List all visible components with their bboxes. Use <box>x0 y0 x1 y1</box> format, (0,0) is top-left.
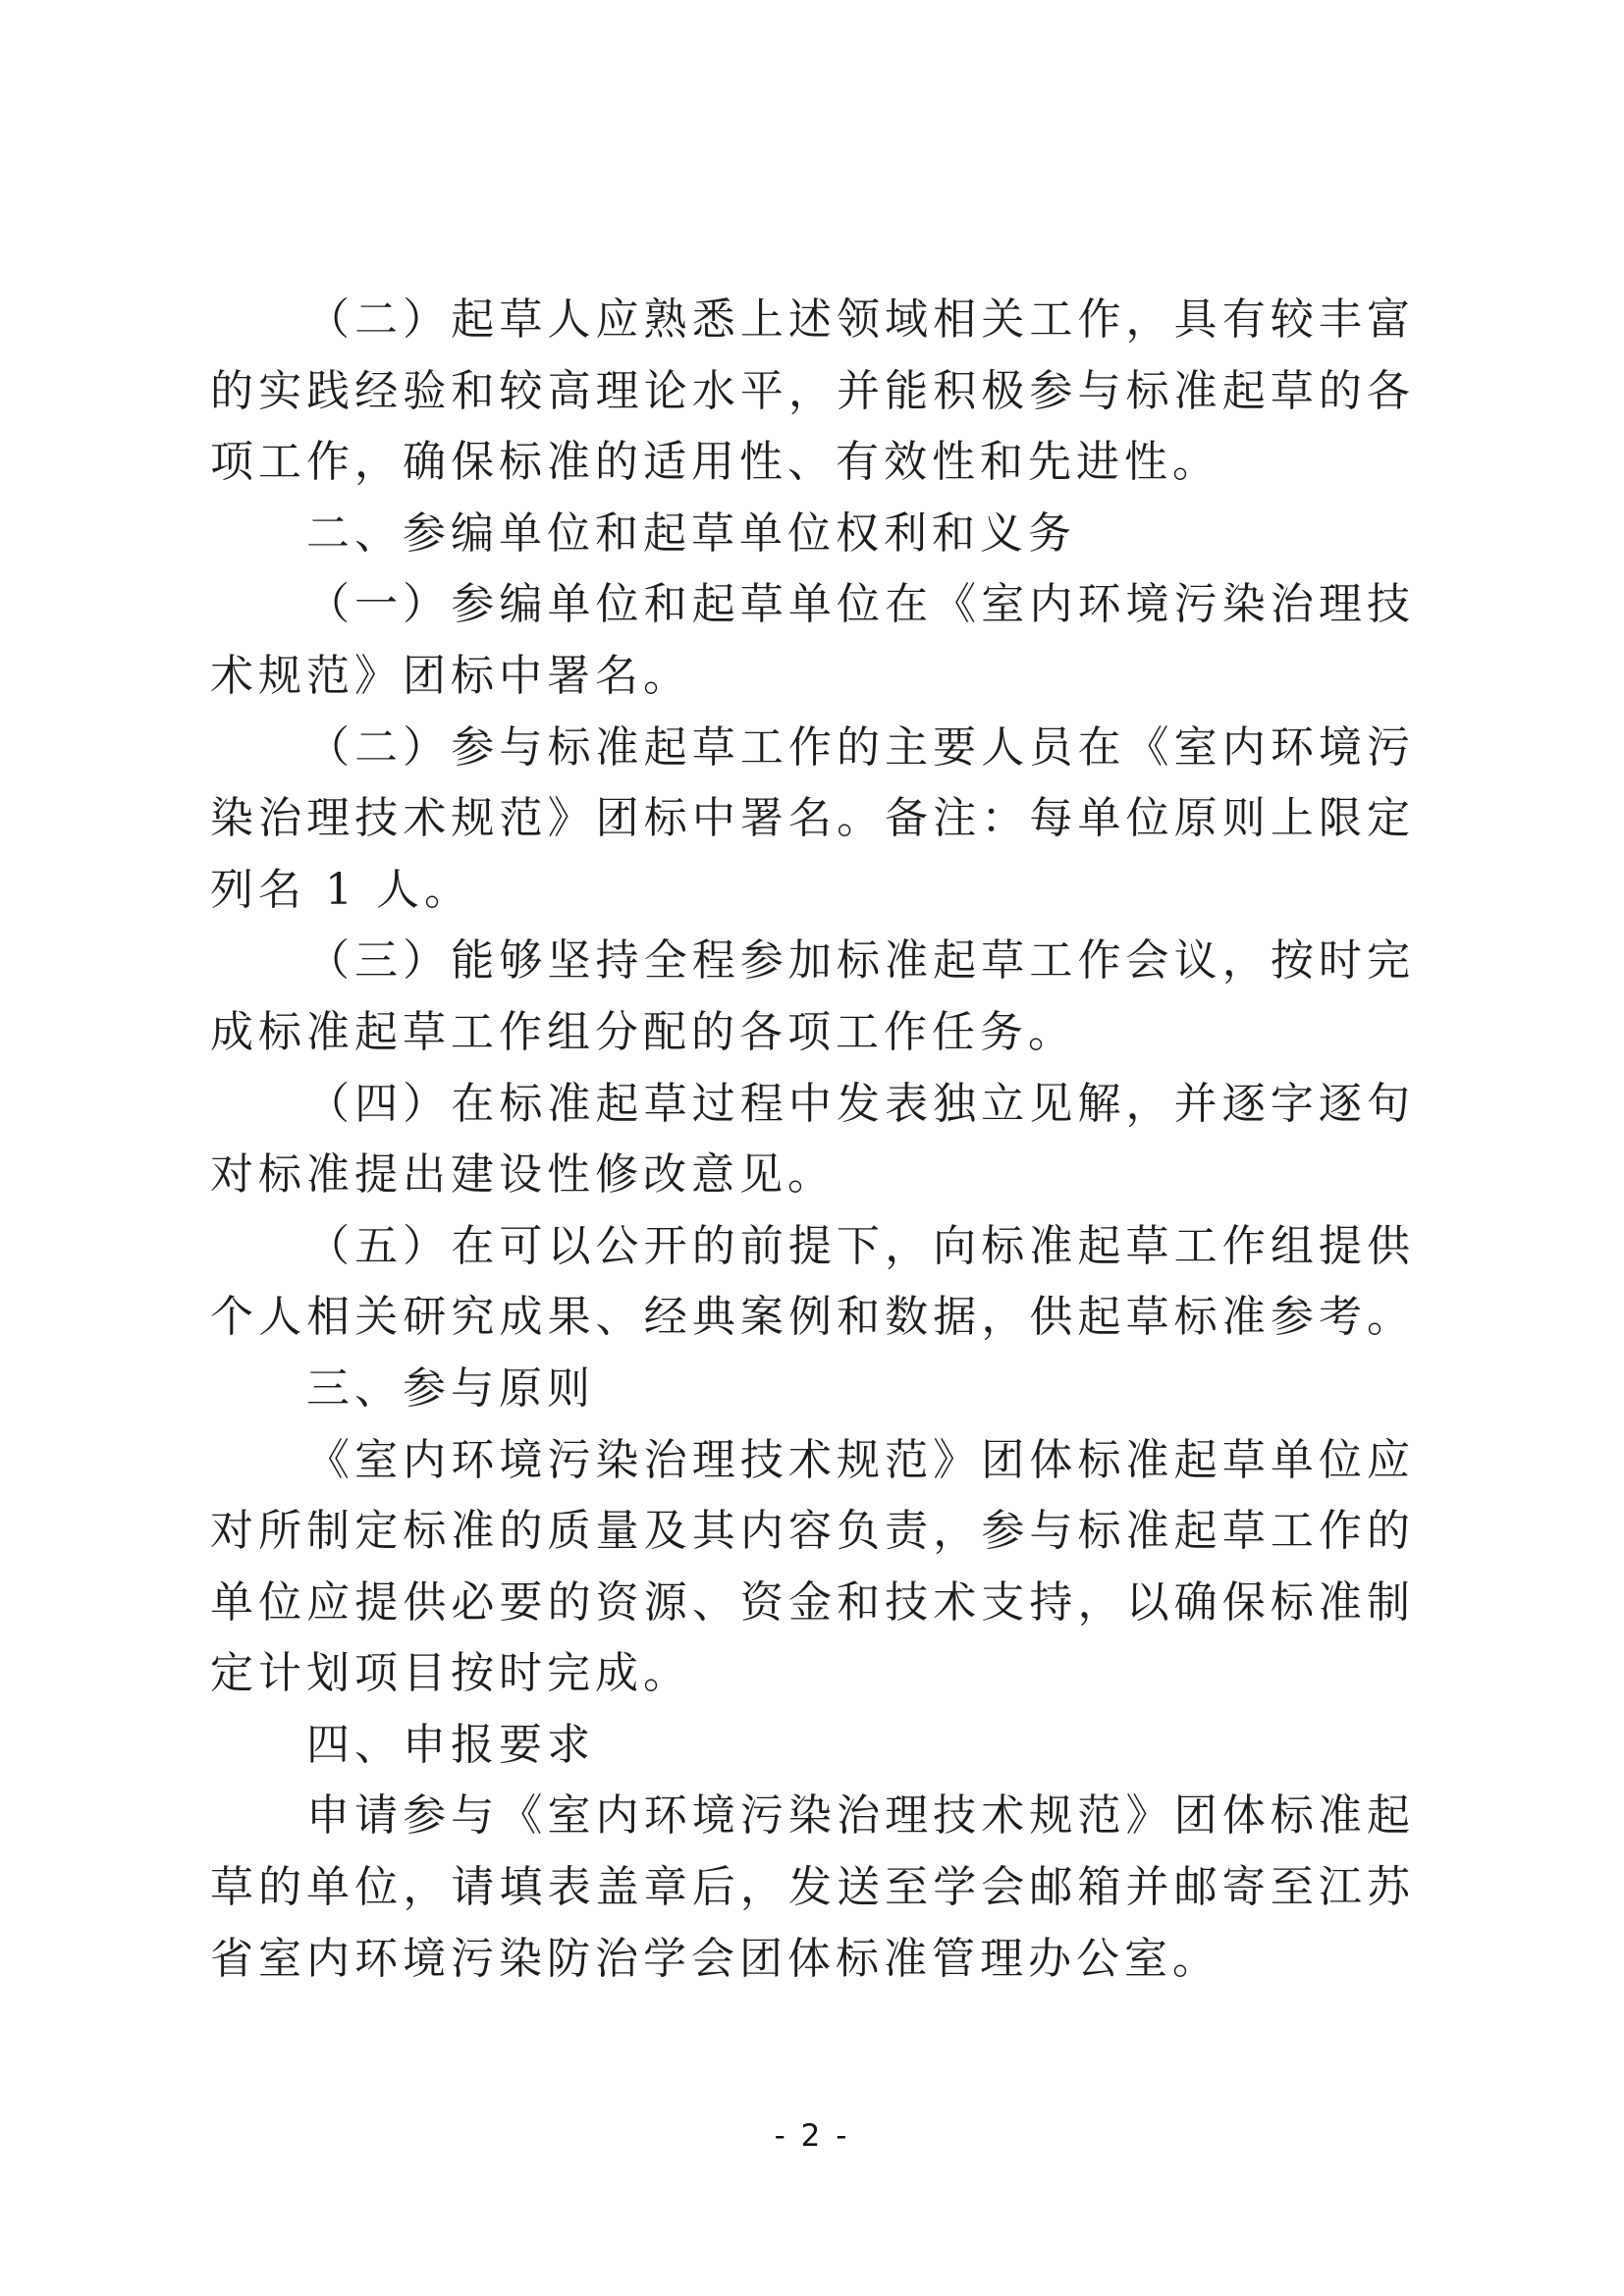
text-line: 项工作，确保标准的适用性、有效性和先进性。 <box>210 427 1412 499</box>
text-line: 《室内环境污染治理技术规范》团体标准起草单位应 <box>210 1425 1412 1497</box>
heading-line: 三、参与原则 <box>210 1354 1412 1425</box>
text-line: （三）能够坚持全程参加标准起草工作会议，按时完 <box>210 926 1412 997</box>
text-line: 申请参与《室内环境污染治理技术规范》团体标准起 <box>210 1781 1412 1852</box>
text-line: 对所制定标准的质量及其内容负责，参与标准起草工作的 <box>210 1496 1412 1568</box>
heading-line: 二、参编单位和起草单位权利和义务 <box>210 499 1412 570</box>
text-line: 染治理技术规范》团标中署名。备注：每单位原则上限定 <box>210 783 1412 855</box>
text-line: 草的单位，请填表盖章后，发送至学会邮箱并邮寄至江苏 <box>210 1852 1412 1924</box>
text-line: 术规范》团标中署名。 <box>210 641 1412 713</box>
text-line: 单位应提供必要的资源、资金和技术支持，以确保标准制 <box>210 1568 1412 1639</box>
heading-line: 四、申报要求 <box>210 1710 1412 1782</box>
text-line: 定计划项目按时完成。 <box>210 1638 1412 1710</box>
text-line: 的实践经验和较高理论水平，并能积极参与标准起草的各 <box>210 356 1412 428</box>
text-line: 省室内环境污染防治学会团体标准管理办公室。 <box>210 1924 1412 1996</box>
document-body: （二）起草人应熟悉上述领域相关工作，具有较丰富的实践经验和较高理论水平，并能积极… <box>210 285 1412 1995</box>
page-number: - 2 - <box>0 2118 1624 2154</box>
text-line: （二）参与标准起草工作的主要人员在《室内环境污 <box>210 713 1412 784</box>
document-page: （二）起草人应熟悉上述领域相关工作，具有较丰富的实践经验和较高理论水平，并能积极… <box>0 0 1624 2296</box>
text-line: （二）起草人应熟悉上述领域相关工作，具有较丰富 <box>210 285 1412 356</box>
text-line: （一）参编单位和起草单位在《室内环境污染治理技 <box>210 569 1412 641</box>
text-line: （四）在标准起草过程中发表独立见解，并逐字逐句 <box>210 1069 1412 1141</box>
text-line: 个人相关研究成果、经典案例和数据，供起草标准参考。 <box>210 1282 1412 1354</box>
text-line: 成标准起草工作组分配的各项工作任务。 <box>210 997 1412 1069</box>
text-line: 对标准提出建设性修改意见。 <box>210 1140 1412 1211</box>
text-line: 列名 1 人。 <box>210 855 1412 927</box>
text-line: （五）在可以公开的前提下，向标准起草工作组提供 <box>210 1211 1412 1283</box>
